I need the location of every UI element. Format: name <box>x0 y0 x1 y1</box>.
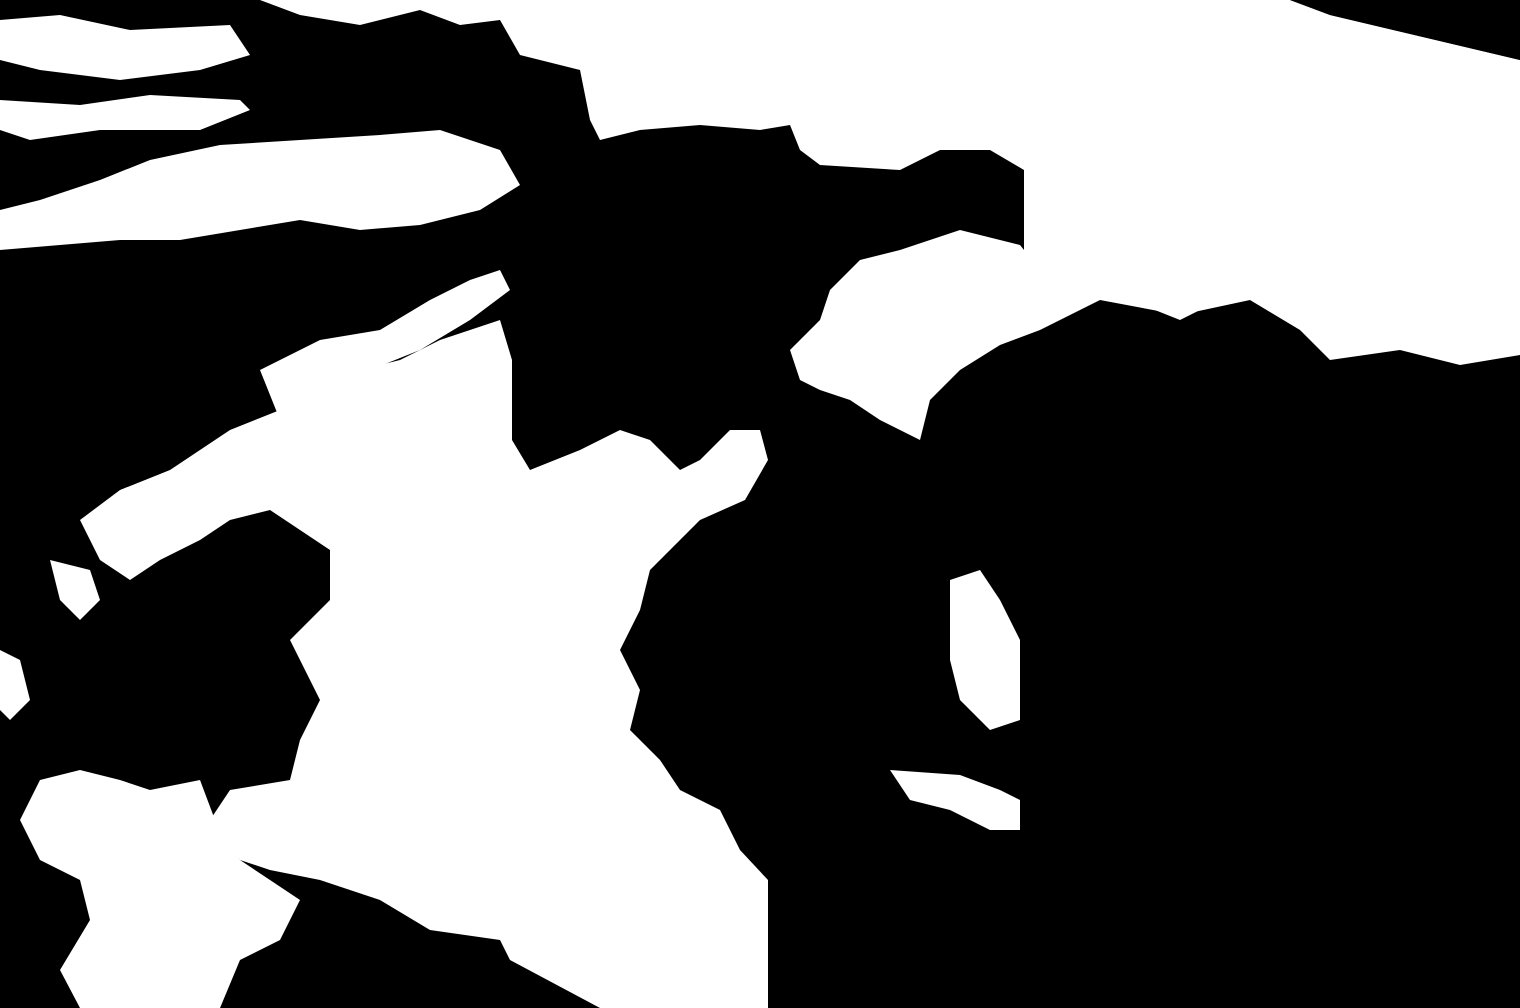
cloud-mask-image <box>0 0 1520 1008</box>
